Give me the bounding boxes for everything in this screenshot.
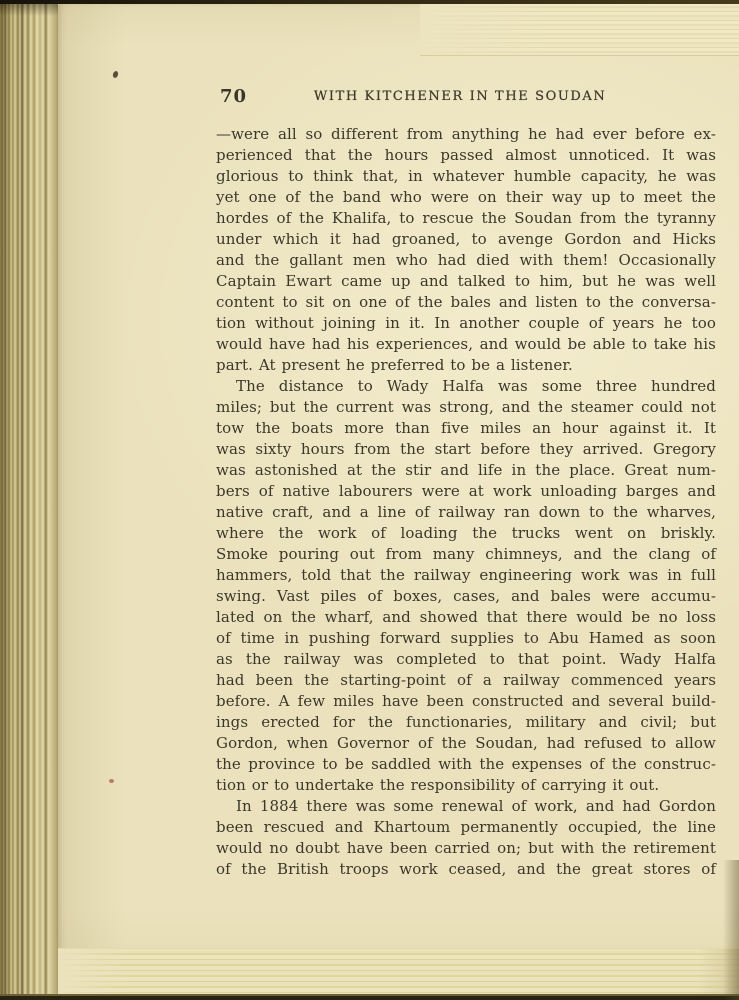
- book-scan: 70 WITH KITCHENER IN THE SOUDAN —were al…: [0, 0, 739, 1000]
- print-speck: [109, 779, 114, 783]
- text-line: yet one of the band who were on their wa…: [216, 187, 716, 208]
- text-line: would have had his experiences, and woul…: [216, 334, 716, 355]
- text-line: was astonished at the stir and life in t…: [216, 460, 716, 481]
- text-line: glorious to think that, in whatever humb…: [216, 166, 716, 187]
- text-line: The distance to Wady Halfa was some thre…: [216, 376, 716, 397]
- text-line: In 1884 there was some renewal of work, …: [216, 796, 716, 817]
- text-line: hordes of the Khalifa, to rescue the Sou…: [216, 208, 716, 229]
- text-line: native craft, and a line of railway ran …: [216, 502, 716, 523]
- book-page: 70 WITH KITCHENER IN THE SOUDAN —were al…: [56, 3, 739, 996]
- page-header: 70 WITH KITCHENER IN THE SOUDAN: [216, 86, 716, 104]
- page-number: 70: [220, 86, 247, 107]
- text-line: before. A few miles have been constructe…: [216, 691, 716, 712]
- text-line: been rescued and Khartoum permanently oc…: [216, 817, 716, 838]
- text-line: —were all so different from anything he …: [216, 124, 716, 145]
- book-page-edges-top: [420, 3, 739, 56]
- text-line: bers of native labourers were at work un…: [216, 481, 716, 502]
- text-line: hammers, told that the railway engineeri…: [216, 565, 716, 586]
- text-line: as the railway was completed to that poi…: [216, 649, 716, 670]
- scan-bottom-edge: [0, 994, 739, 1000]
- text-line: content to sit on one of the bales and l…: [216, 292, 716, 313]
- text-line: Captain Ewart came up and talked to him,…: [216, 271, 716, 292]
- scan-top-edge: [0, 0, 739, 4]
- body-text: —were all so different from anything he …: [216, 124, 716, 880]
- text-line: tion or to undertake the responsibility …: [216, 775, 716, 796]
- text-line: swing. Vast piles of boxes, cases, and b…: [216, 586, 716, 607]
- text-line: Gordon, when Governor of the Soudan, had…: [216, 733, 716, 754]
- text-line: and the gallant men who had died with th…: [216, 250, 716, 271]
- text-line: perienced that the hours passed almost u…: [216, 145, 716, 166]
- text-line: tion without joining in it. In another c…: [216, 313, 716, 334]
- text-line: would no doubt have been carried on; but…: [216, 838, 716, 859]
- text-line: part. At present he preferred to be a li…: [216, 355, 716, 376]
- book-page-edges-bottom: [56, 948, 739, 995]
- text-line: was sixty hours from the start before th…: [216, 439, 716, 460]
- text-line: where the work of loading the trucks wen…: [216, 523, 716, 544]
- text-line: had been the starting-point of a railway…: [216, 670, 716, 691]
- text-line: of the British troops work ceased, and t…: [216, 859, 716, 880]
- text-line: lated on the wharf, and showed that ther…: [216, 607, 716, 628]
- book-page-edges-left: [0, 0, 58, 1000]
- page-corner-shadow: [721, 860, 739, 1000]
- text-line: Smoke pouring out from many chimneys, an…: [216, 544, 716, 565]
- text-line: miles; but the current was strong, and t…: [216, 397, 716, 418]
- text-line: the province to be saddled with the expe…: [216, 754, 716, 775]
- text-line: of time in pushing forward supplies to A…: [216, 628, 716, 649]
- text-line: under which it had groaned, to avenge Go…: [216, 229, 716, 250]
- text-line: ings erected for the functionaries, mili…: [216, 712, 716, 733]
- running-title: WITH KITCHENER IN THE SOUDAN: [314, 89, 607, 104]
- text-line: tow the boats more than five miles an ho…: [216, 418, 716, 439]
